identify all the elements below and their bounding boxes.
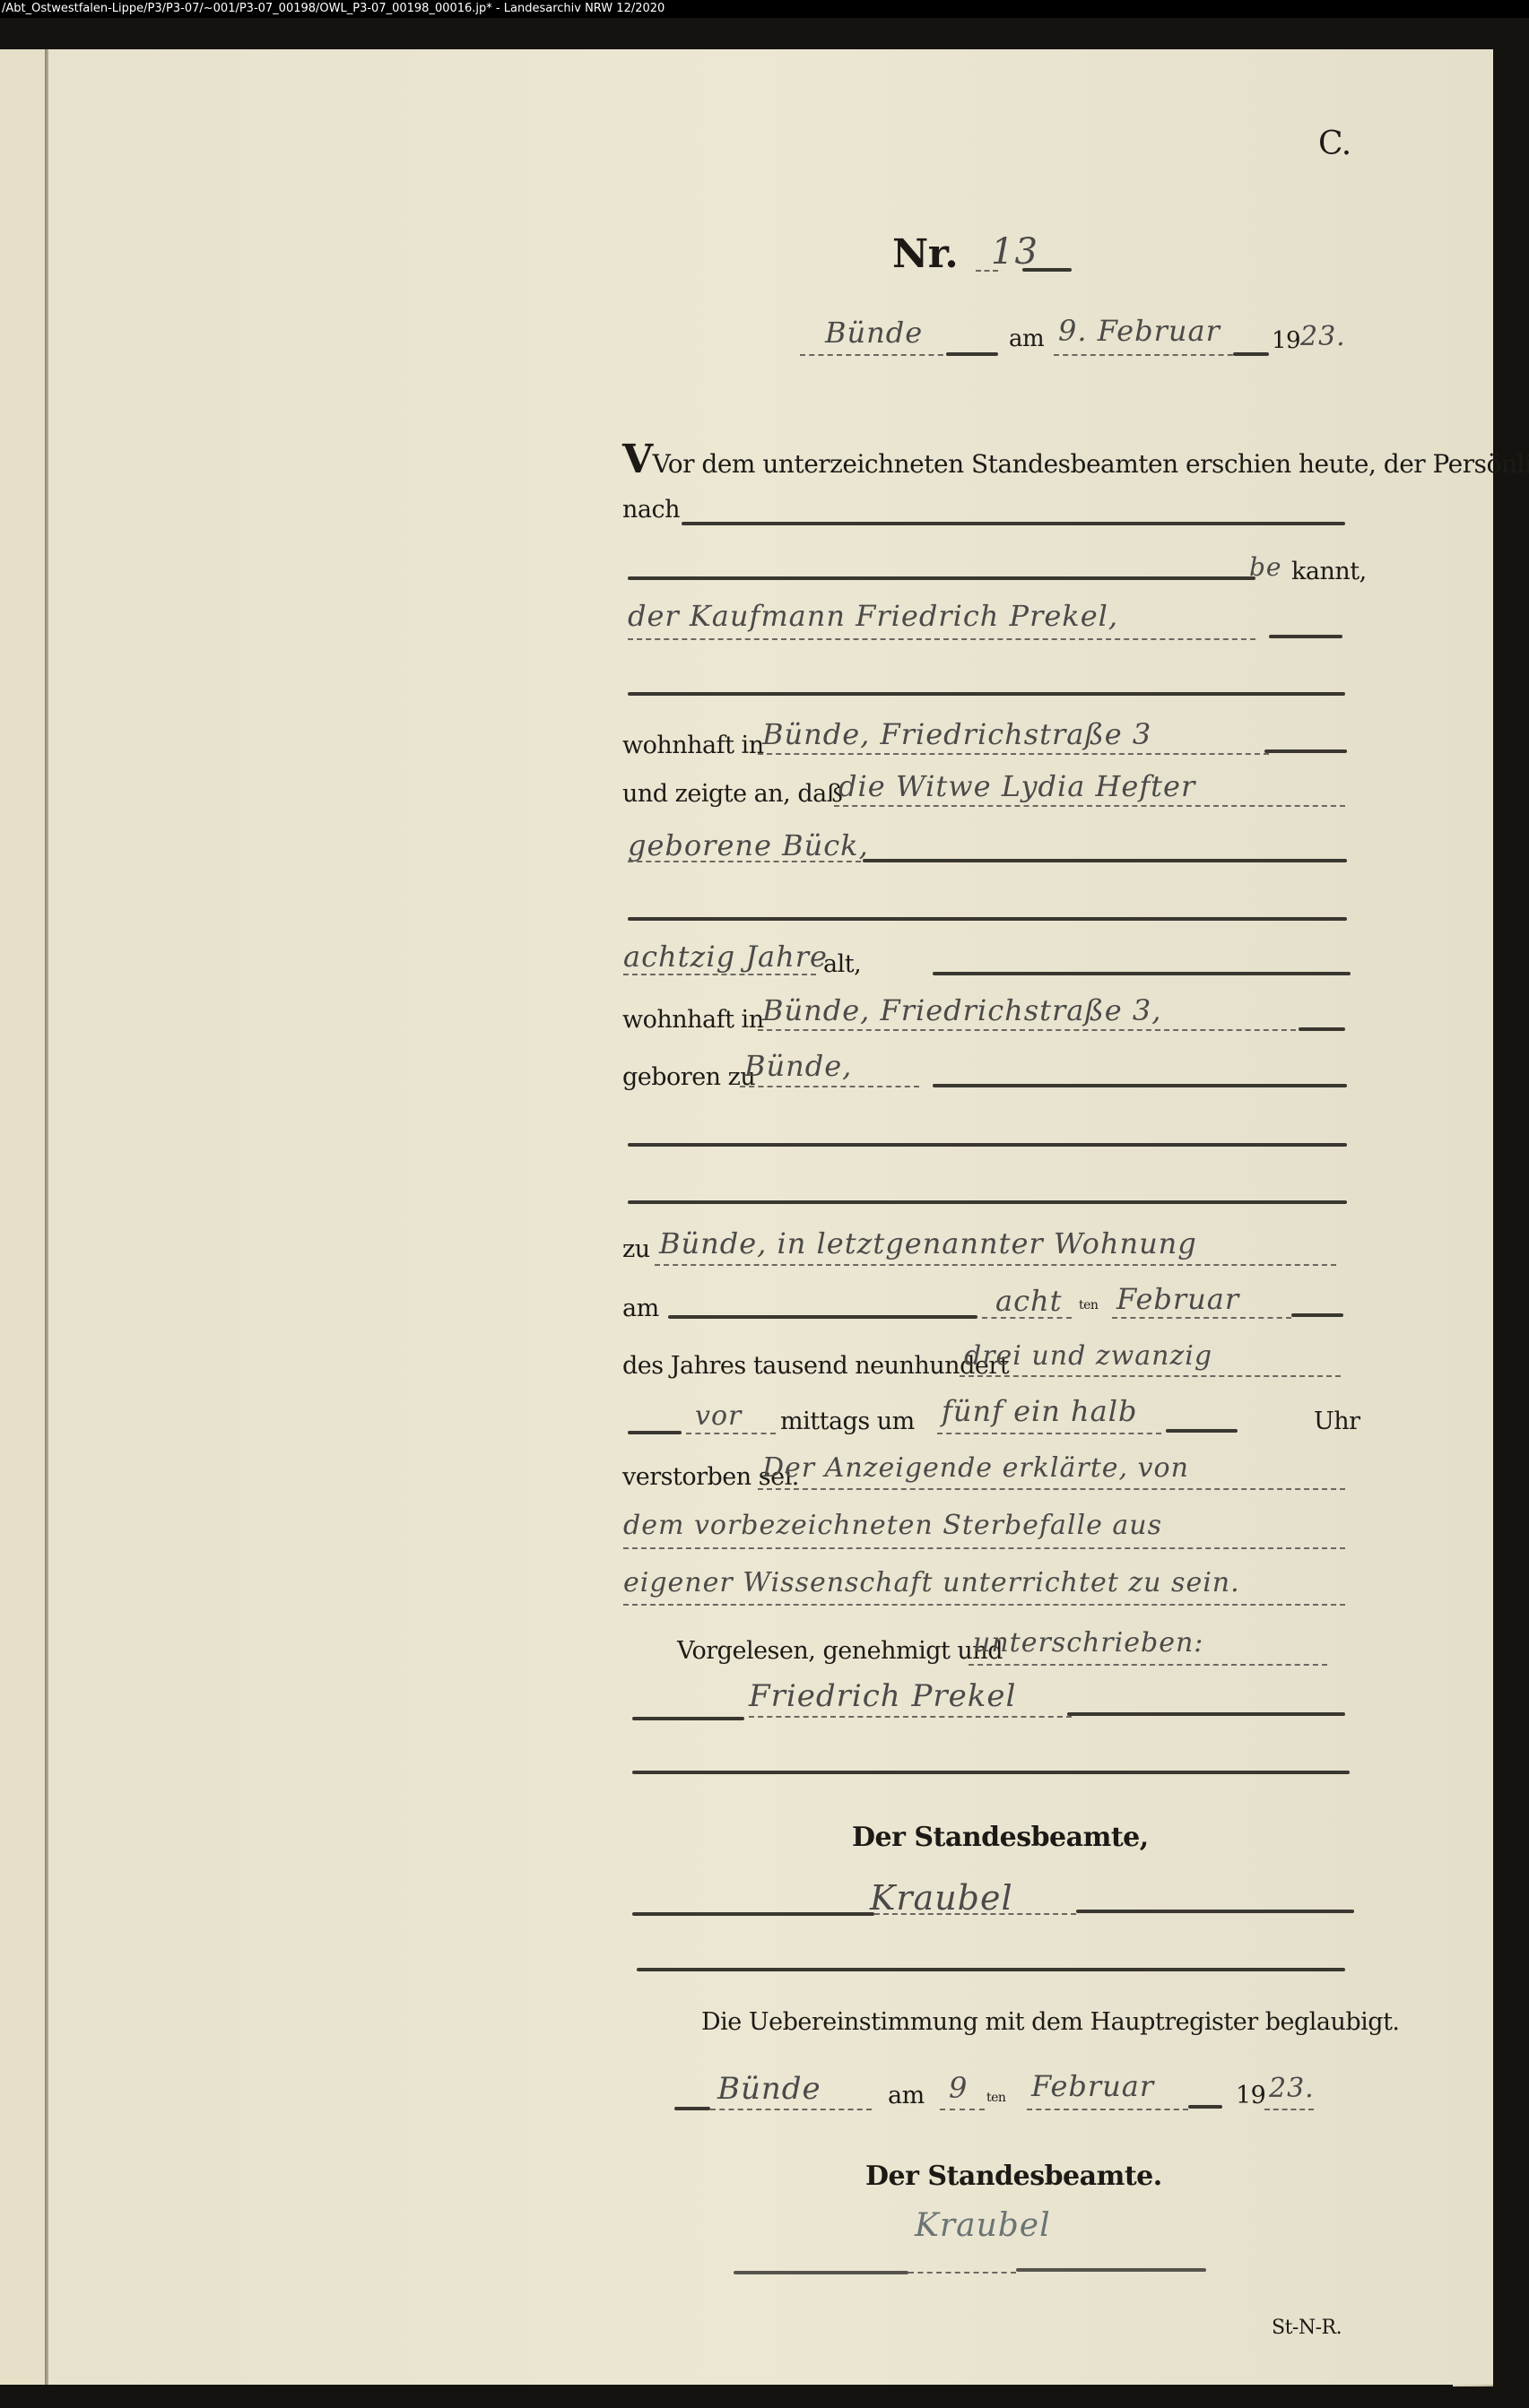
zeigte-label: und zeigte an, daß (622, 780, 842, 808)
deceased-line-1: die Witwe Lydia Hefter (838, 769, 1195, 803)
remark-dots-2 (623, 1547, 1345, 1549)
death-place-dots (655, 1264, 1336, 1266)
header-place-dots (800, 354, 952, 356)
cert-signature-rule-right (1016, 2268, 1206, 2272)
birthplace-dots (740, 1086, 919, 1087)
window-title-bar: /Abt_Ostwestfalen-Lippe/P3/P3-07/~001/P3… (0, 0, 1529, 18)
residence-dots (758, 753, 1269, 755)
blank-rule-4 (628, 1200, 1347, 1204)
cert-year-prefix: 19 (1236, 2082, 1265, 2109)
uhr-label: Uhr (1314, 1408, 1360, 1435)
deceased-dots-1 (834, 805, 1345, 807)
form-code: St-N-R. (1272, 2317, 1342, 2339)
mittags-label: mittags um (780, 1408, 915, 1435)
deceased-dots-2 (628, 861, 861, 862)
alt-rule (933, 972, 1351, 975)
blank-rule-5 (632, 1771, 1350, 1774)
death-time: fünf ein halb (942, 1394, 1137, 1428)
vor-hand: vor (695, 1400, 742, 1432)
header-date-rule (1233, 352, 1269, 356)
intro-text: VVor dem unterzeichneten Standesbeamten … (622, 437, 1529, 482)
cert-signature-dots (908, 2272, 1016, 2274)
registrar-signature: Kraubel (870, 1878, 1013, 1918)
left-page-leaf (0, 49, 45, 2385)
header-year-prefix: 19 (1272, 327, 1300, 354)
death-year-dots (960, 1375, 1341, 1377)
number-value: 13 (991, 231, 1038, 273)
birthplace: Bünde, (744, 1049, 852, 1083)
deceased-residence-rule (1299, 1027, 1345, 1031)
informant-rule (1269, 635, 1342, 638)
cert-day: 9 (949, 2071, 968, 2105)
bekannt-hand: be (1249, 552, 1282, 582)
registrar-title: Der Standesbeamte, (852, 1822, 1149, 1853)
alt-label: alt, (823, 950, 861, 978)
jahres-label: des Jahres tausend neunhundert (622, 1352, 1009, 1380)
number-dots (976, 270, 998, 272)
death-month-rule (1291, 1313, 1343, 1317)
am-label: am (622, 1295, 659, 1322)
vorgelesen-hand: unterschrieben: (973, 1627, 1203, 1659)
deceased-residence-dots (758, 1029, 1296, 1031)
age-dots (623, 974, 816, 975)
informant-signature-dots (749, 1716, 1072, 1718)
cert-registrar-title: Der Standesbeamte. (865, 2161, 1162, 2192)
residence-rule (1264, 749, 1347, 753)
header-date: 9. Februar (1058, 314, 1221, 348)
number-rule (1022, 268, 1072, 272)
cert-day-dots (940, 2109, 985, 2110)
certification-text: Die Uebereinstimmung mit dem Hauptregist… (701, 2008, 1400, 2036)
geboren-label: geboren zu (622, 1063, 755, 1091)
vorgelesen-label: Vorgelesen, genehmigt und (677, 1637, 1003, 1665)
cert-month-rule (1188, 2105, 1222, 2109)
registrar-rule-right (1076, 1910, 1354, 1913)
birthplace-rule (933, 1084, 1347, 1087)
corner-letter: C. (1318, 126, 1351, 162)
intro-initial: V (622, 437, 653, 482)
header-year-suffix: 23. (1300, 321, 1346, 352)
wohnhaft2-label: wohnhaft in (622, 1006, 764, 1034)
vor-rule (628, 1431, 682, 1434)
nach-label: nach (622, 496, 680, 524)
header-am: am (1009, 325, 1044, 352)
deceased-rule-2 (863, 859, 1347, 862)
header-place: Bünde (825, 316, 923, 350)
informant-signature: Friedrich Prekel (749, 1678, 1016, 1714)
cert-am: am (888, 2082, 925, 2109)
blank-rule-3 (628, 1143, 1347, 1147)
cert-year-dots (1264, 2109, 1314, 2110)
bekannt-label: kannt, (1291, 558, 1367, 585)
death-place: Bünde, in letztgenannter Wohnung (659, 1226, 1197, 1260)
remark-line-2: dem vorbezeichneten Sterbefalle aus (623, 1510, 1162, 1541)
remark-dots-3 (623, 1604, 1345, 1606)
cert-place-dots (710, 2109, 872, 2110)
death-month: Februar (1116, 1282, 1239, 1316)
cert-signature: Kraubel (915, 2207, 1051, 2244)
number-label: Nr. (892, 231, 958, 277)
intro-rest: Vor dem unterzeichneten Standesbeamten e… (653, 449, 1529, 479)
cert-month: Februar (1031, 2069, 1154, 2103)
death-day: acht (995, 1284, 1062, 1318)
header-place-rule (946, 352, 998, 356)
remark-line-3: eigener Wissenschaft unterrichtet zu sei… (623, 1567, 1240, 1598)
cert-month-dots (1027, 2109, 1188, 2110)
window-title: /Abt_Ostwestfalen-Lippe/P3/P3-07/~001/P3… (2, 2, 665, 15)
informant-dots (628, 638, 1255, 640)
cert-ten: ten (986, 2091, 1005, 2105)
deceased-residence: Bünde, Friedrichstraße 3, (762, 993, 1161, 1027)
death-day-dots (982, 1317, 1072, 1319)
header-date-dots (1054, 354, 1242, 356)
blank-rule-1 (628, 692, 1345, 696)
cert-year-suffix: 23. (1269, 2073, 1315, 2104)
vorgelesen-dots (969, 1664, 1327, 1666)
deceased-line-2: geborene Bück, (628, 828, 869, 862)
cert-place-rule (674, 2107, 710, 2110)
binding-gutter (45, 49, 48, 2385)
signature-rule-left (632, 1717, 744, 1720)
registrar-rule-left (632, 1912, 874, 1916)
wohnhaft-label: wohnhaft in (622, 732, 764, 759)
age-hand: achtzig Jahre (623, 940, 828, 974)
registrar-dots (874, 1913, 1076, 1915)
signature-rule-right (1067, 1712, 1345, 1716)
death-month-dots (1112, 1317, 1291, 1319)
remark-line-1: Der Anzeigende erklärte, von (762, 1452, 1189, 1484)
am-rule (668, 1315, 977, 1319)
death-day-suffix: ten (1079, 1298, 1098, 1312)
death-year-words: drei und zwanzig (964, 1340, 1212, 1372)
death-time-dots (937, 1433, 1161, 1434)
death-time-rule (1166, 1429, 1238, 1433)
cert-place: Bünde (717, 2071, 821, 2107)
remark-dots-1 (758, 1488, 1345, 1490)
vor-dots (686, 1433, 776, 1434)
cert-signature-rule-left (734, 2271, 908, 2274)
blank-rule-2 (628, 917, 1347, 921)
bekannt-rule (628, 576, 1255, 580)
informant-name: der Kaufmann Friedrich Prekel, (628, 599, 1118, 633)
nach-rule (682, 522, 1345, 525)
zu-label: zu (622, 1235, 650, 1263)
blank-rule-6 (637, 1968, 1345, 1971)
informant-residence: Bünde, Friedrichstraße 3 (762, 717, 1151, 751)
